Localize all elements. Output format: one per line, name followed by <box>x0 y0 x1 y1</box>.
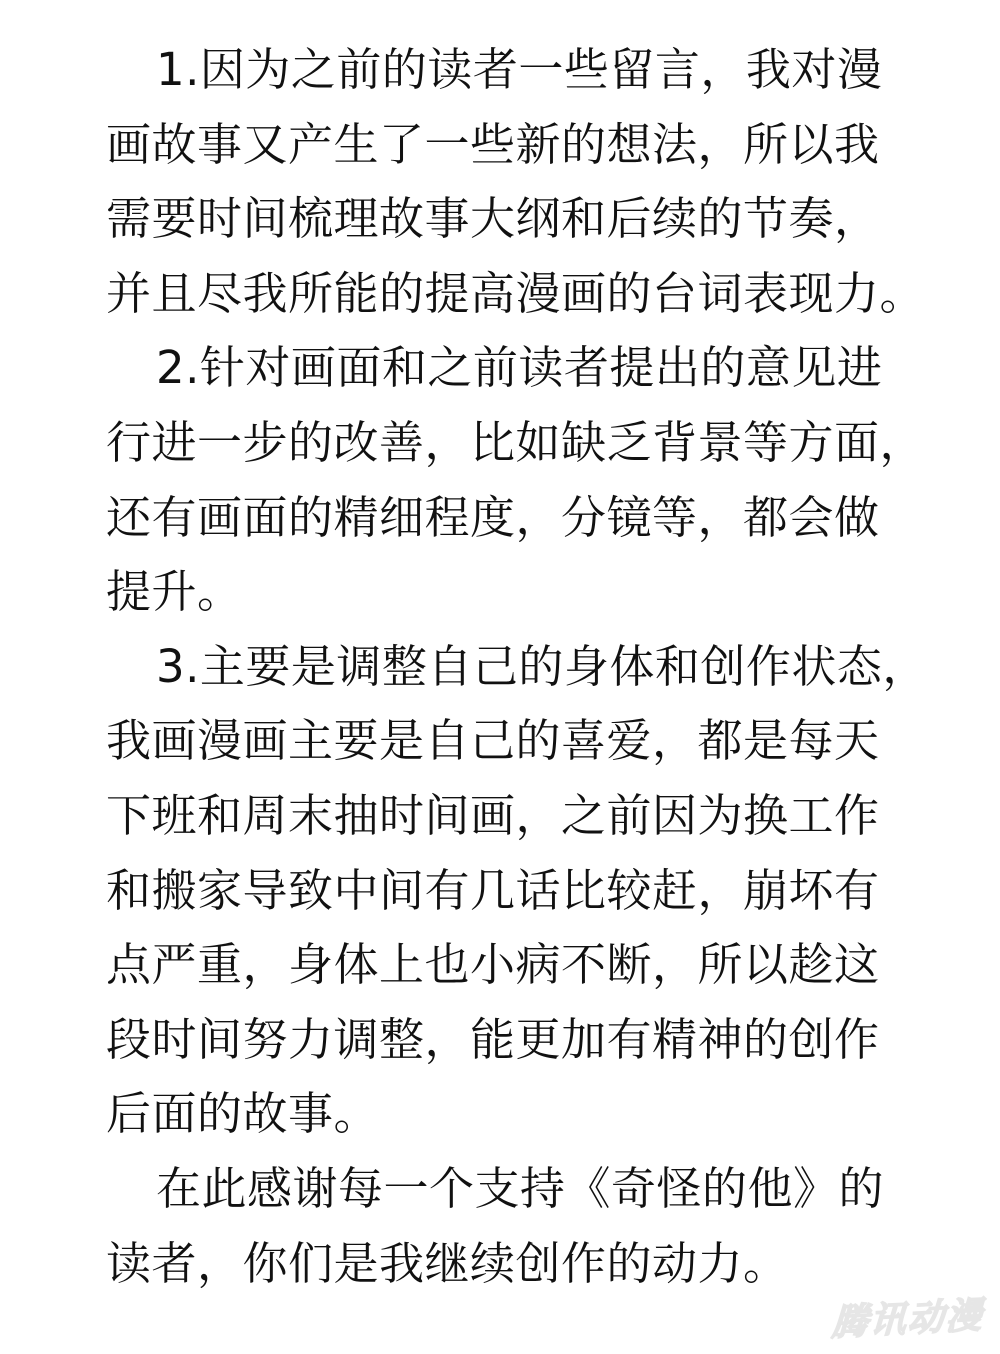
note-line: 点严重，身体上也小病不断，所以趁这 <box>106 928 938 1003</box>
note-line: 2.针对画面和之前读者提出的意见进 <box>106 331 938 406</box>
note-paragraph-4: 在此感谢每一个支持《奇怪的他》的 读者，你们是我继续创作的动力。 <box>106 1152 938 1301</box>
note-line: 在此感谢每一个支持《奇怪的他》的 <box>106 1152 938 1227</box>
note-line: 需要时间梳理故事大纲和后续的节奏， <box>106 182 938 257</box>
note-line: 1.因为之前的读者一些留言，我对漫 <box>106 33 938 108</box>
note-paragraph-3: 3.主要是调整自己的身体和创作状态， 我画漫画主要是自己的喜爱，都是每天 下班和… <box>106 630 938 1152</box>
note-line: 后面的故事。 <box>106 1077 938 1152</box>
tencent-comics-watermark: 腾讯动漫 <box>831 1287 985 1346</box>
note-line: 提升。 <box>106 555 938 630</box>
note-line: 并且尽我所能的提高漫画的台词表现力。 <box>106 257 938 332</box>
note-line: 段时间努力调整，能更加有精神的创作 <box>106 1003 938 1078</box>
note-line: 画故事又产生了一些新的想法，所以我 <box>106 108 938 183</box>
note-paragraph-2: 2.针对画面和之前读者提出的意见进 行进一步的改善，比如缺乏背景等方面， 还有画… <box>106 331 938 629</box>
note-line: 行进一步的改善，比如缺乏背景等方面， <box>106 406 938 481</box>
note-line: 下班和周末抽时间画，之前因为换工作 <box>106 779 938 854</box>
note-line: 和搬家导致中间有几话比较赶，崩坏有 <box>106 854 938 929</box>
note-line: 还有画面的精细程度，分镜等，都会做 <box>106 481 938 556</box>
author-note-page: 1.因为之前的读者一些留言，我对漫 画故事又产生了一些新的想法，所以我 需要时间… <box>106 33 938 1301</box>
note-paragraph-1: 1.因为之前的读者一些留言，我对漫 画故事又产生了一些新的想法，所以我 需要时间… <box>106 33 938 331</box>
note-line: 3.主要是调整自己的身体和创作状态， <box>106 630 938 705</box>
note-line: 读者，你们是我继续创作的动力。 <box>106 1227 938 1302</box>
note-line: 我画漫画主要是自己的喜爱，都是每天 <box>106 704 938 779</box>
